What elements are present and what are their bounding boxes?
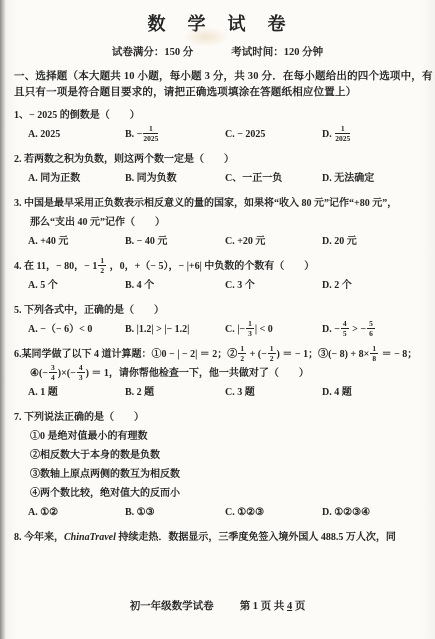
- question-7-option-C: C. ①②③: [225, 503, 322, 522]
- question-7-statement-4: ④两个数比较，绝对值大的反而小: [14, 484, 421, 503]
- section-one-heading: 一、选择题（本大题共 10 小题，每小题 3 分，共 30 分．在每小题给出的四…: [14, 69, 421, 100]
- question-6-options-row: A. 1 题B. 2 题C. 3 题D. 4 题: [14, 383, 421, 402]
- question-5-option-C: C. |−13| < 0: [225, 320, 322, 339]
- question-7-stem-line-1: 7. 下列说法正确的是（ ）: [14, 408, 421, 427]
- question-4-option-C: C. 3 个: [225, 276, 322, 295]
- question-1-option-C: C. − 2025: [225, 125, 322, 144]
- scan-edge-shadow: [0, 0, 6, 639]
- fraction: 12: [238, 345, 246, 363]
- fraction: 56: [367, 320, 375, 338]
- question-3-option-D: D. 20 元: [322, 232, 421, 251]
- question-5-option-D: D. −45 > −56: [322, 320, 421, 339]
- question-8: 8. 今年来，ChinaTravel 持续走热．数据显示，三季度免签入境外国人 …: [14, 528, 421, 547]
- question-5-stem-line-1: 5. 下列各式中，正确的是（ ）: [14, 301, 421, 320]
- fraction: 12025: [143, 125, 158, 143]
- question-5-option-B: B. |1.2| > |− 1.2|: [125, 320, 225, 339]
- exam-duration-label: 考试时间：120 分钟: [231, 46, 323, 60]
- question-1-option-A: A. 2025: [28, 125, 125, 144]
- question-5-option-A: A. −（− 6）< 0: [28, 320, 125, 339]
- question-1-option-D: D. 12025: [322, 125, 421, 144]
- question-3-stem-line-2: 那么“支出 40 元”记作（ ）: [14, 213, 421, 232]
- question-2: 2. 若两数之积为负数，则这两个数一定是（ ）A. 同为正数B. 同为负数C、一…: [14, 150, 421, 188]
- question-1-stem-line-1: 1、− 2025 的倒数是（ ）: [14, 106, 421, 125]
- question-7-option-D: D. ①②③④: [322, 503, 421, 522]
- exam-meta-row: 试卷满分：150 分 考试时间：120 分钟: [14, 46, 421, 60]
- page-footer: 初一年级数学试卷 第 1 页 共 4 页: [0, 598, 435, 613]
- question-3-options-row: A. +40 元B. − 40 元C. +20 元D. 20 元: [14, 232, 421, 251]
- question-4-option-D: D. 2 个: [322, 276, 421, 295]
- question-7: 7. 下列说法正确的是（ ）①0 是绝对值最小的有理数②相反数大于本身的数是负数…: [14, 408, 421, 522]
- question-3-option-A: A. +40 元: [28, 232, 125, 251]
- question-4: 4. 在 11，− 80，− 112 ，0，+（− 5），− |+6| 中负数的…: [14, 257, 421, 295]
- question-2-options-row: A. 同为正数B. 同为负数C、一正一负D. 无法确定: [14, 169, 421, 188]
- page-title: 数 学 试 卷: [14, 12, 421, 36]
- question-list: 1、− 2025 的倒数是（ ）A. 2025B. −12025C. − 202…: [14, 106, 421, 547]
- exam-paper-page: 数 学 试 卷 试卷满分：150 分 考试时间：120 分钟 一、选择题（本大题…: [0, 0, 435, 639]
- question-7-option-B: B. ①③: [125, 503, 225, 522]
- question-2-option-C: C、一正一负: [225, 169, 322, 188]
- question-6-option-A: A. 1 题: [28, 383, 125, 402]
- question-6-stem-line-2: ④(−34)×(−43) ＝ 1，请你帮他检查一下，他一共做对了（ ）: [14, 364, 421, 383]
- question-2-stem-line-1: 2. 若两数之积为负数，则这两个数一定是（ ）: [14, 150, 421, 169]
- fraction: 12025: [335, 125, 350, 143]
- question-3-option-B: B. − 40 元: [125, 232, 225, 251]
- question-5: 5. 下列各式中，正确的是（ ）A. −（− 6）< 0B. |1.2| > |…: [14, 301, 421, 339]
- question-8-stem-line-1: 8. 今年来，ChinaTravel 持续走热．数据显示，三季度免签入境外国人 …: [14, 528, 421, 547]
- question-3-option-C: C. +20 元: [225, 232, 322, 251]
- latin-italic-text: ChinaTravel: [64, 532, 116, 543]
- question-2-option-A: A. 同为正数: [28, 169, 125, 188]
- question-5-options-row: A. −（− 6）< 0B. |1.2| > |− 1.2|C. |−13| <…: [14, 320, 421, 339]
- question-4-stem-line-1: 4. 在 11，− 80，− 112 ，0，+（− 5），− |+6| 中负数的…: [14, 257, 421, 276]
- question-7-statement-2: ②相反数大于本身的数是负数: [14, 446, 421, 465]
- question-6: 6.某同学做了以下 4 道计算题：①0 − | − 2| ＝ 2；②12 + (…: [14, 345, 421, 402]
- full-score-label: 试卷满分：150 分: [112, 46, 193, 60]
- fraction: 12: [98, 257, 106, 275]
- footer-page-info: 第 1 页 共 4 页: [240, 598, 306, 613]
- question-3-stem-line-1: 3. 中国是最早采用正负数表示相反意义的量的国家，如果将“收入 80 元”记作“…: [14, 194, 421, 213]
- question-4-options-row: A. 5 个B. 4 个C. 3 个D. 2 个: [14, 276, 421, 295]
- question-6-option-B: B. 2 题: [125, 383, 225, 402]
- question-1-option-B: B. −12025: [125, 125, 225, 144]
- question-7-option-A: A. ①②: [28, 503, 125, 522]
- question-2-option-B: B. 同为负数: [125, 169, 225, 188]
- question-1: 1、− 2025 的倒数是（ ）A. 2025B. −12025C. − 202…: [14, 106, 421, 144]
- question-4-option-A: A. 5 个: [28, 276, 125, 295]
- question-3: 3. 中国是最早采用正负数表示相反意义的量的国家，如果将“收入 80 元”记作“…: [14, 194, 421, 251]
- section-heading-line-2: 且只有一项是符合题目要求的，请把正确选项填涂在答题纸相应位置上）: [14, 85, 421, 101]
- question-4-option-B: B. 4 个: [125, 276, 225, 295]
- question-2-option-D: D. 无法确定: [322, 169, 421, 188]
- fraction: 18: [370, 345, 378, 363]
- question-7-statement-3: ③数轴上原点两侧的数互为相反数: [14, 465, 421, 484]
- question-6-option-C: C. 3 题: [225, 383, 322, 402]
- fraction: 45: [341, 320, 349, 338]
- fraction: 34: [49, 364, 57, 382]
- fraction: 43: [77, 364, 85, 382]
- question-6-option-D: D. 4 题: [322, 383, 421, 402]
- question-1-options-row: A. 2025B. −12025C. − 2025D. 12025: [14, 125, 421, 144]
- section-heading-line-1: 一、选择题（本大题共 10 小题，每小题 3 分，共 30 分．在每小题给出的四…: [14, 69, 421, 85]
- question-6-stem-line-1: 6.某同学做了以下 4 道计算题：①0 − | − 2| ＝ 2；②12 + (…: [14, 345, 421, 364]
- fraction: 13: [246, 320, 254, 338]
- fraction: 12: [268, 345, 276, 363]
- question-7-statement-1: ①0 是绝对值最小的有理数: [14, 427, 421, 446]
- question-7-options-row: A. ①②B. ①③C. ①②③D. ①②③④: [14, 503, 421, 522]
- footer-doc-title: 初一年级数学试卷: [130, 598, 214, 613]
